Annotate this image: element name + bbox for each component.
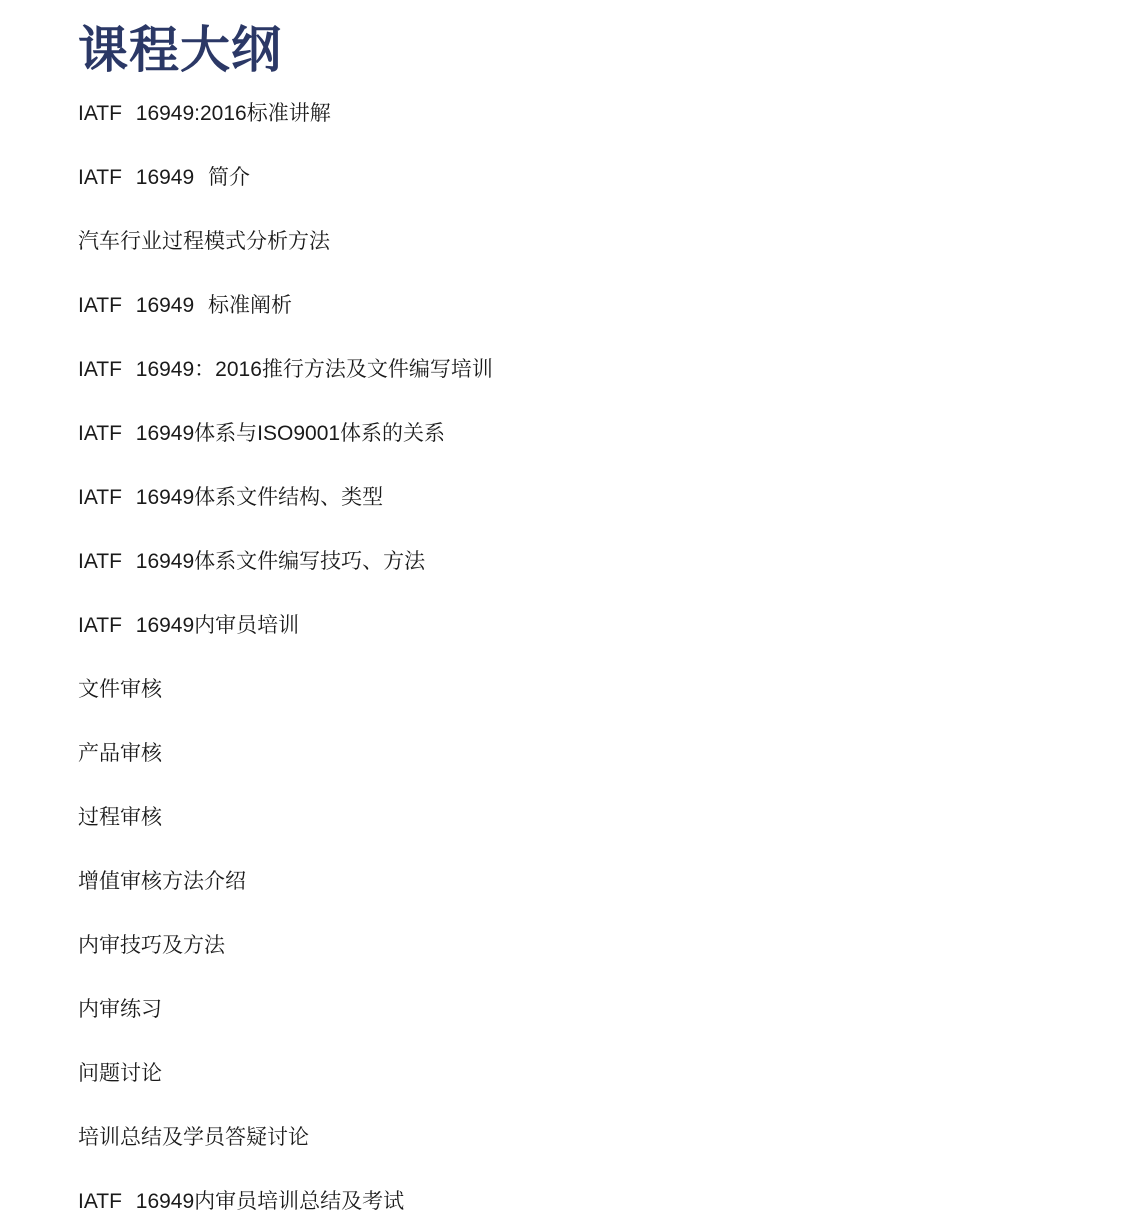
outline-item: IATF 16949体系文件编写技巧、方法 [78,550,1100,573]
outline-list: IATF 16949:2016标准讲解 IATF 16949 简介 汽车行业过程… [78,102,1100,1213]
outline-item: IATF 16949体系文件结构、类型 [78,486,1100,509]
outline-item: 文件审核 [78,678,1100,701]
outline-item: IATF 16949内审员培训 [78,614,1100,637]
outline-item: IATF 16949内审员培训总结及考试 [78,1190,1100,1213]
outline-item: 产品审核 [78,742,1100,765]
outline-item: IATF 16949体系与ISO9001体系的关系 [78,422,1100,445]
outline-item: 汽车行业过程模式分析方法 [78,230,1100,253]
outline-item: IATF 16949 标准阐析 [78,294,1100,317]
outline-item: IATF 16949 简介 [78,166,1100,189]
outline-item: 问题讨论 [78,1062,1100,1085]
outline-item: 内审练习 [78,998,1100,1021]
course-outline-page: 课程大纲 IATF 16949:2016标准讲解 IATF 16949 简介 汽… [0,0,1140,1216]
outline-item: 过程审核 [78,806,1100,829]
outline-item: IATF 16949:2016标准讲解 [78,102,1100,125]
outline-item: 内审技巧及方法 [78,934,1100,957]
outline-item: 培训总结及学员答疑讨论 [78,1126,1100,1149]
outline-item: IATF 16949：2016推行方法及文件编写培训 [78,358,1100,381]
outline-item: 增值审核方法介绍 [78,870,1100,893]
page-title: 课程大纲 [78,22,1100,78]
